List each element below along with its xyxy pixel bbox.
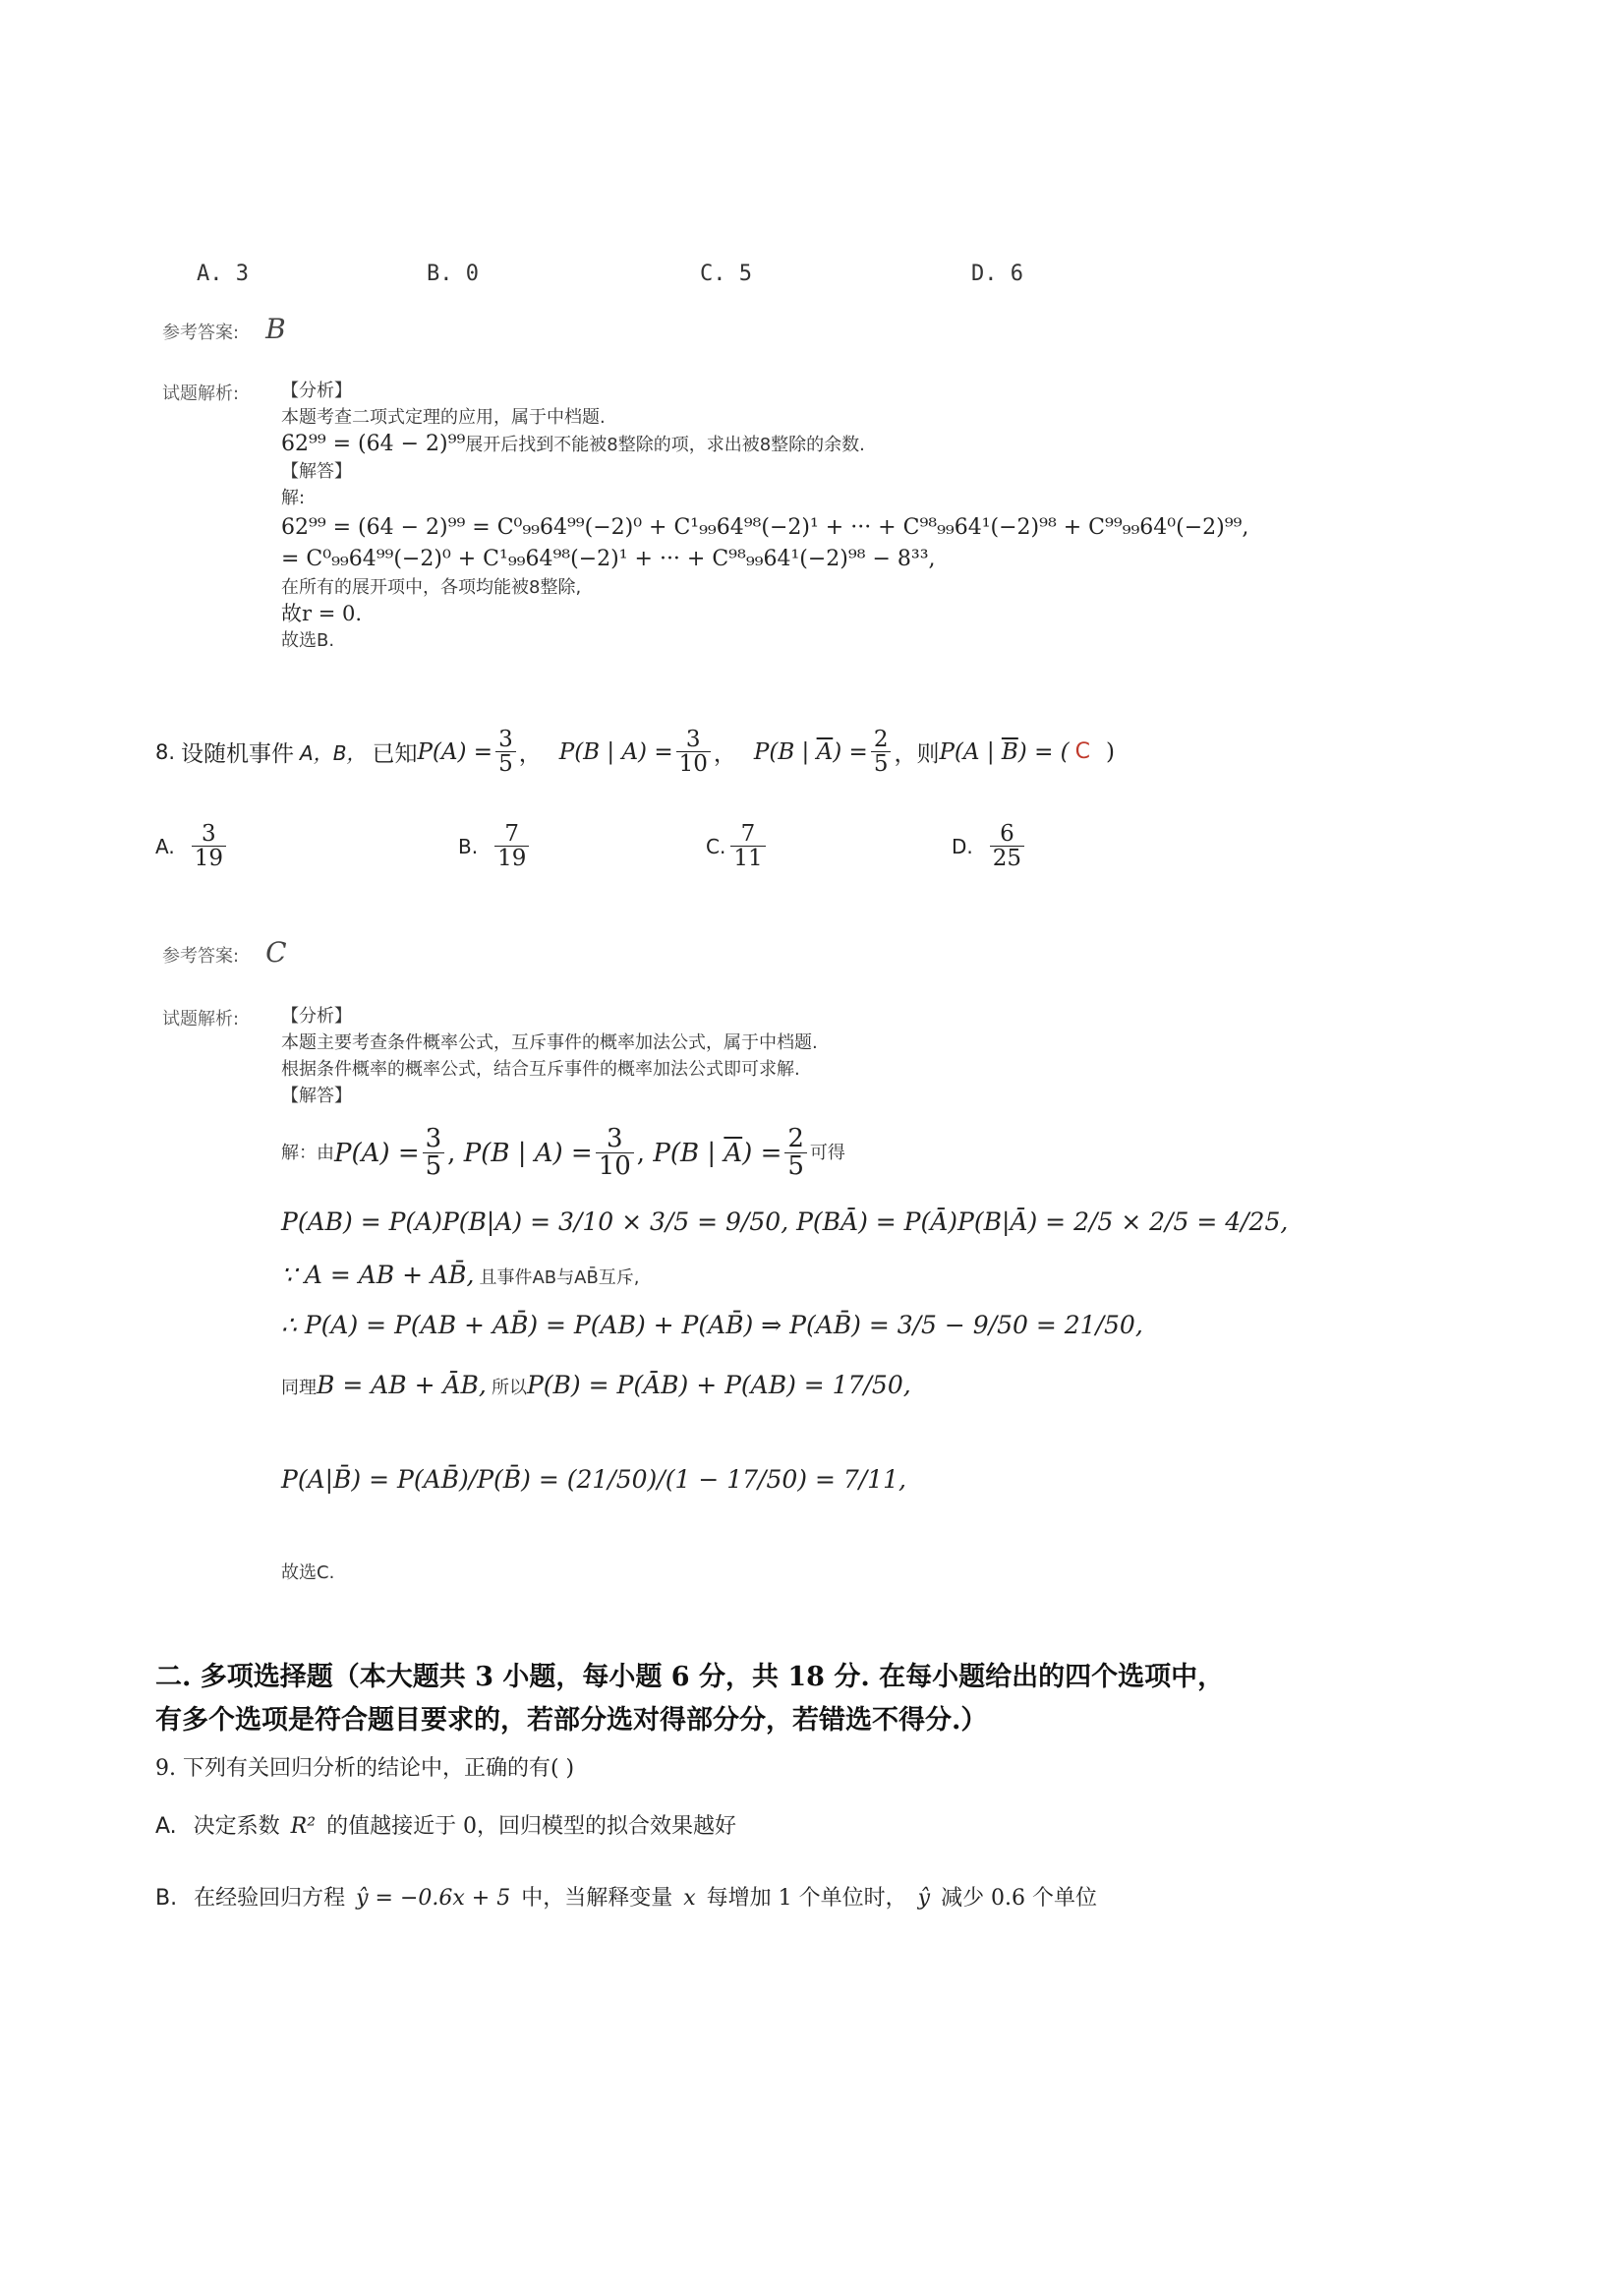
solution-tag: 【解答】 (281, 1083, 818, 1109)
numerator: 7 (738, 822, 759, 846)
question-number: 8. (155, 740, 175, 764)
known-text: 已知 (372, 736, 417, 768)
q7-option-d: D. 6 (971, 262, 1023, 286)
pa-lhs: P(A) = (417, 739, 492, 765)
option-math: ŷ (918, 1886, 930, 1911)
pa-lhs: P(A) = (334, 1139, 420, 1168)
denominator: 11 (730, 846, 765, 870)
step-prefix: 解：由 (281, 1140, 334, 1166)
analysis-line: 本题主要考查条件概率公式，互斥事件的概率加法公式，属于中档题. (281, 1030, 818, 1056)
answer-label: 参考答案: (162, 946, 239, 967)
q8-step-3: ∵ A = AB + AB̄, 且事件AB与AB̄互斥, (281, 1261, 640, 1291)
option-label: D. (952, 835, 973, 858)
option-math: ŷ = −0.6x + 5 (356, 1886, 510, 1911)
q8-stem: 8. 设随机事件 A，B， 已知 P(A) = 35 ， P(B | A) = … (155, 728, 1115, 776)
comma: ， (714, 736, 736, 768)
q8-analysis-label: 试题解析: (162, 1005, 239, 1030)
ask-pre: P(A | (939, 739, 1001, 765)
q7-option-b: B. 0 (427, 262, 479, 286)
expansion-line-1: 62⁹⁹ = (64 − 2)⁹⁹ = C⁰₉₉64⁹⁹(−2)⁰ + C¹₉₉… (281, 511, 1248, 545)
numerator: 3 (604, 1126, 626, 1152)
step-math-2: P(B) = P(ĀB) + P(AB) = 17/50, (527, 1371, 911, 1399)
option-fraction: 719 (494, 822, 529, 870)
q7-analysis-label: 试题解析: (162, 380, 239, 405)
q8-conclusion: 故选C. (281, 1560, 334, 1586)
step-prefix: 同理 (281, 1378, 317, 1398)
pbna-fraction: 25 (784, 1126, 807, 1181)
option-label: B. (458, 835, 478, 858)
option-value: 5 (739, 262, 752, 286)
option-text: 中，当解释变量 (521, 1886, 672, 1911)
analysis-line: 本题考查二项式定理的应用，属于中档题. (281, 404, 1248, 431)
complement-b: B (1002, 739, 1018, 765)
denominator: 25 (990, 846, 1024, 870)
option-label: A. (197, 262, 223, 286)
option-label: D. (971, 262, 998, 286)
q7-analysis: 【分析】 本题考查二项式定理的应用，属于中档题. 62⁹⁹ = (64 − 2)… (281, 378, 1248, 654)
step-suffix: 可得 (810, 1140, 845, 1166)
complement-a: A (817, 739, 834, 765)
option-label: B. (155, 1886, 177, 1911)
q9-option-b: B. 在经验回归方程 ŷ = −0.6x + 5 中，当解释变量 x 每增加 1… (155, 1881, 1097, 1912)
lhs-pre: P(B | (754, 739, 817, 765)
pba-fraction: 310 (676, 728, 711, 776)
q8-option-c: C. 711 (706, 822, 769, 870)
denominator: 19 (192, 846, 226, 870)
step-text: 且事件AB与AB̄互斥, (479, 1267, 639, 1288)
pba-fraction: 310 (596, 1126, 634, 1181)
pba-lhs: P(B | A) = (464, 1139, 593, 1168)
q8-analysis: 【分析】 本题主要考查条件概率公式，互斥事件的概率加法公式，属于中档题. 根据条… (281, 1003, 818, 1109)
numerator: 3 (683, 728, 704, 751)
analysis-tag: 【分析】 (281, 378, 1248, 404)
analysis-line: 62⁹⁹ = (64 − 2)⁹⁹展开后找到不能被8整除的项，求出被8整除的余数… (281, 431, 1248, 458)
denominator: 10 (596, 1152, 634, 1180)
lhs-post: ) = (742, 1139, 782, 1168)
answer-value: C (265, 936, 286, 969)
numerator: 6 (997, 822, 1017, 846)
option-label: A. (155, 835, 175, 858)
q8-option-b: B. 719 (458, 822, 532, 870)
formula: 62⁹⁹ = (64 − 2)⁹⁹ (281, 432, 465, 456)
answer-value: B (265, 313, 286, 345)
q9-stem: 9. 下列有关回归分析的结论中，正确的有( ) (155, 1751, 574, 1782)
analysis-tag: 【分析】 (281, 1003, 818, 1030)
option-label: C. (706, 835, 725, 858)
answer-label: 参考答案: (162, 323, 239, 343)
section-2-heading-line-2: 有多个选项是符合题目要求的，若部分选对得部分分，若错选不得分.） (155, 1698, 987, 1737)
option-text: 每增加 1 个单位时， (707, 1886, 907, 1911)
lhs-pre: P(B | (653, 1139, 724, 1168)
q8-option-d: D. 625 (952, 822, 1027, 870)
numerator: 2 (871, 728, 892, 751)
option-value: 3 (236, 262, 249, 286)
pa-fraction: 35 (495, 728, 516, 776)
step-mid: 所以 (492, 1378, 527, 1398)
denominator: 19 (494, 846, 529, 870)
pbna-lhs: P(B | A) = (653, 1139, 782, 1168)
denominator: 5 (423, 1152, 445, 1180)
option-label: C. (700, 262, 726, 286)
numerator: 3 (199, 822, 219, 846)
q8-step-5: 同理B = AB + ĀB, 所以P(B) = P(ĀB) + P(AB) = … (281, 1371, 911, 1401)
complement-a: A (724, 1139, 742, 1168)
remainder-line: 故r = 0. (281, 601, 1248, 627)
analysis-line: 根据条件概率的概率公式，结合互斥事件的概率加法公式即可求解. (281, 1056, 818, 1083)
comma: ， (519, 736, 542, 768)
ask-expression: P(A | B) = ( (939, 739, 1069, 765)
section-2-heading-line-1: 二. 多项选择题（本大题共 3 小题，每小题 6 分，共 18 分. 在每小题给… (155, 1655, 1224, 1693)
numerator: 2 (784, 1126, 807, 1152)
option-math: R² (291, 1814, 316, 1839)
option-variable: x (683, 1886, 695, 1911)
denominator: 5 (495, 751, 516, 776)
option-value: 0 (466, 262, 479, 286)
numerator: 3 (495, 728, 516, 751)
close-paren: ) (1106, 739, 1115, 765)
pbna-lhs: P(B | A) = (754, 739, 868, 765)
numerator: 7 (501, 822, 522, 846)
option-fraction: 625 (990, 822, 1024, 870)
option-fraction: 319 (192, 822, 226, 870)
option-label: A. (155, 1814, 177, 1839)
ask-prefix: 则 (916, 736, 939, 768)
option-value: 6 (1011, 262, 1023, 286)
q8-step-1: 解：由 P(A) = 35, P(B | A) = 310, P(B | A) … (281, 1126, 845, 1181)
events: A，B， (300, 737, 366, 766)
denominator: 5 (871, 751, 892, 776)
solution-prefix: 解: (281, 485, 1248, 511)
comma: ， (894, 736, 916, 768)
option-label: B. (427, 262, 453, 286)
option-text: 的值越接近于 0，回归模型的拟合效果越好 (326, 1814, 736, 1839)
numerator: 3 (423, 1126, 445, 1152)
q9-option-a: A. 决定系数 R² 的值越接近于 0，回归模型的拟合效果越好 (155, 1809, 736, 1840)
q8-reference-answer: 参考答案: C (162, 936, 287, 969)
step-math: ∵ A = AB + AB̄, (281, 1261, 474, 1289)
step-math-1: B = AB + ĀB, (317, 1371, 487, 1399)
filled-answer: C (1075, 739, 1090, 764)
analysis-text: 展开后找到不能被8整除的项，求出被8整除的余数. (465, 435, 865, 455)
conclusion-line: 故选B. (281, 627, 1248, 654)
q8-option-a: A. 319 (155, 822, 229, 870)
q7-reference-answer: 参考答案: B (162, 313, 286, 345)
q8-step-6: P(A|B̄) = P(AB̄)/P(B̄) = (21/50)/(1 − 17… (281, 1465, 906, 1494)
solution-tag: 【解答】 (281, 458, 1248, 485)
pa-fraction: 35 (423, 1126, 445, 1181)
q7-option-c: C. 5 (700, 262, 752, 286)
lhs-post: ) = (833, 739, 868, 765)
pbna-fraction: 25 (871, 728, 892, 776)
ask-post: ) = ( (1018, 739, 1070, 765)
stem-text: 设随机事件 (181, 736, 294, 768)
q8-step-2: P(AB) = P(A)P(B|A) = 3/10 × 3/5 = 9/50, … (281, 1207, 1288, 1236)
q7-option-a: A. 3 (197, 262, 249, 286)
option-text: 减少 0.6 个单位 (941, 1886, 1097, 1911)
option-fraction: 711 (730, 822, 765, 870)
denominator: 10 (676, 751, 711, 776)
option-text: 决定系数 (194, 1814, 280, 1839)
option-text: 在经验回归方程 (194, 1886, 345, 1911)
analysis-line: 在所有的展开项中，各项均能被8整除, (281, 574, 1248, 601)
expansion-line-2: = C⁰₉₉64⁹⁹(−2)⁰ + C¹₉₉64⁹⁸(−2)¹ + ··· + … (281, 545, 1248, 574)
denominator: 5 (784, 1152, 807, 1180)
pba-lhs: P(B | A) = (559, 739, 673, 765)
q8-step-4: ∴ P(A) = P(AB + AB̄) = P(AB) + P(AB̄) ⇒ … (281, 1311, 1143, 1339)
